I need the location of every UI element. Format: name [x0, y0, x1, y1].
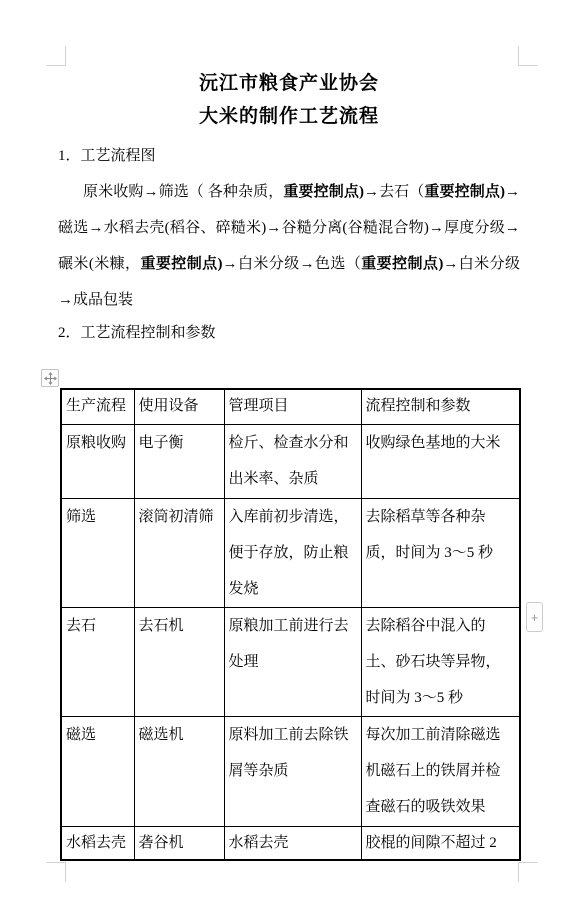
table-row: 筛选滚筒初清筛入库前初步清选，便于存放，防止粮发烧去除稻草等各种杂质，时间为 3… — [61, 498, 520, 607]
flow-segment: →白米分级→色选（ — [223, 256, 362, 272]
process-flow-paragraph: 原米收购→筛选（ 各种杂质，重要控制点)→去石（重要控制点)→磁选→水稻去壳(稻… — [58, 174, 520, 318]
table-cell[interactable]: 水稻去壳 — [224, 826, 361, 860]
plus-icon: + — [531, 610, 539, 625]
table-cell[interactable]: 去除稻草等各种杂质，时间为 3～5 秒 — [361, 498, 520, 607]
document-page: 沅江市粮食产业协会 大米的制作工艺流程 1．工艺流程图 原米收购→筛选（ 各种杂… — [0, 0, 579, 908]
table-cell[interactable]: 收购绿色基地的大米 — [361, 424, 520, 498]
margin-corner-mark-bottom-right — [518, 862, 538, 882]
table-cell[interactable]: 电子衡 — [134, 424, 224, 498]
table-header-cell: 生产流程 — [61, 389, 134, 424]
table-cell[interactable]: 每次加工前清除磁选机磁石上的铁屑并检查磁石的吸铁效果 — [361, 716, 520, 826]
table-cell[interactable]: 筛选 — [61, 498, 134, 607]
flow-key-control-point: 重要控制点) — [424, 184, 505, 200]
table-cell[interactable]: 去石机 — [134, 607, 224, 716]
section2-heading: 2．工艺流程控制和参数 — [58, 323, 520, 343]
table-cell[interactable]: 滚筒初清筛 — [134, 498, 224, 607]
table-move-handle[interactable] — [41, 369, 59, 387]
table-header-row: 生产流程使用设备管理项目流程控制和参数 — [61, 389, 520, 424]
flow-segment: 原米收购→筛选（ 各种杂质， — [83, 184, 283, 200]
table-cell[interactable]: 胶棍的间隙不超过 2 — [361, 826, 520, 860]
process-table: 生产流程使用设备管理项目流程控制和参数 原粮收购电子衡检斤、检查水分和出米率、杂… — [60, 388, 521, 861]
move-cross-icon — [44, 372, 57, 385]
flow-key-control-point: 重要控制点) — [283, 184, 364, 200]
table-cell[interactable]: 磁选 — [61, 716, 134, 826]
table-cell[interactable]: 检斤、检查水分和出米率、杂质 — [224, 424, 361, 498]
table-cell[interactable]: 原粮加工前进行去处理 — [224, 607, 361, 716]
table-row: 磁选磁选机原料加工前去除铁屑等杂质每次加工前清除磁选机磁石上的铁屑并检查磁石的吸… — [61, 716, 520, 826]
table-cell[interactable]: 原料加工前去除铁屑等杂质 — [224, 716, 361, 826]
flow-key-control-point: 重要控制点) — [140, 256, 222, 272]
margin-corner-mark-top-left — [46, 46, 66, 66]
table-row: 去石去石机原粮加工前进行去处理去除稻谷中混入的土、砂石块等异物，时间为 3～5 … — [61, 607, 520, 716]
margin-corner-mark-top-right — [518, 46, 538, 66]
doc-title-line1: 沅江市粮食产业协会 — [58, 71, 520, 97]
margin-corner-mark-bottom-left — [46, 862, 66, 882]
table-row: 原粮收购电子衡检斤、检查水分和出米率、杂质收购绿色基地的大米 — [61, 424, 520, 498]
table-cell[interactable]: 入库前初步清选，便于存放，防止粮发烧 — [224, 498, 361, 607]
table-cell[interactable]: 去除稻谷中混入的土、砂石块等异物，时间为 3～5 秒 — [361, 607, 520, 716]
add-button[interactable]: + — [526, 602, 543, 632]
table-cell[interactable]: 原粮收购 — [61, 424, 134, 498]
table-header-cell: 管理项目 — [224, 389, 361, 424]
flow-key-control-point: 重要控制点) — [361, 256, 443, 272]
doc-title-line2: 大米的制作工艺流程 — [58, 104, 520, 130]
table-row: 水稻去壳砻谷机水稻去壳胶棍的间隙不超过 2 — [61, 826, 520, 860]
table-cell[interactable]: 磁选机 — [134, 716, 224, 826]
section1-heading: 1．工艺流程图 — [58, 146, 520, 166]
table-cell[interactable]: 去石 — [61, 607, 134, 716]
table-cell[interactable]: 水稻去壳 — [61, 826, 134, 860]
table-header-cell: 流程控制和参数 — [361, 389, 520, 424]
table-cell[interactable]: 砻谷机 — [134, 826, 224, 860]
table-header-cell: 使用设备 — [134, 389, 224, 424]
flow-segment: →去石（ — [364, 184, 424, 200]
